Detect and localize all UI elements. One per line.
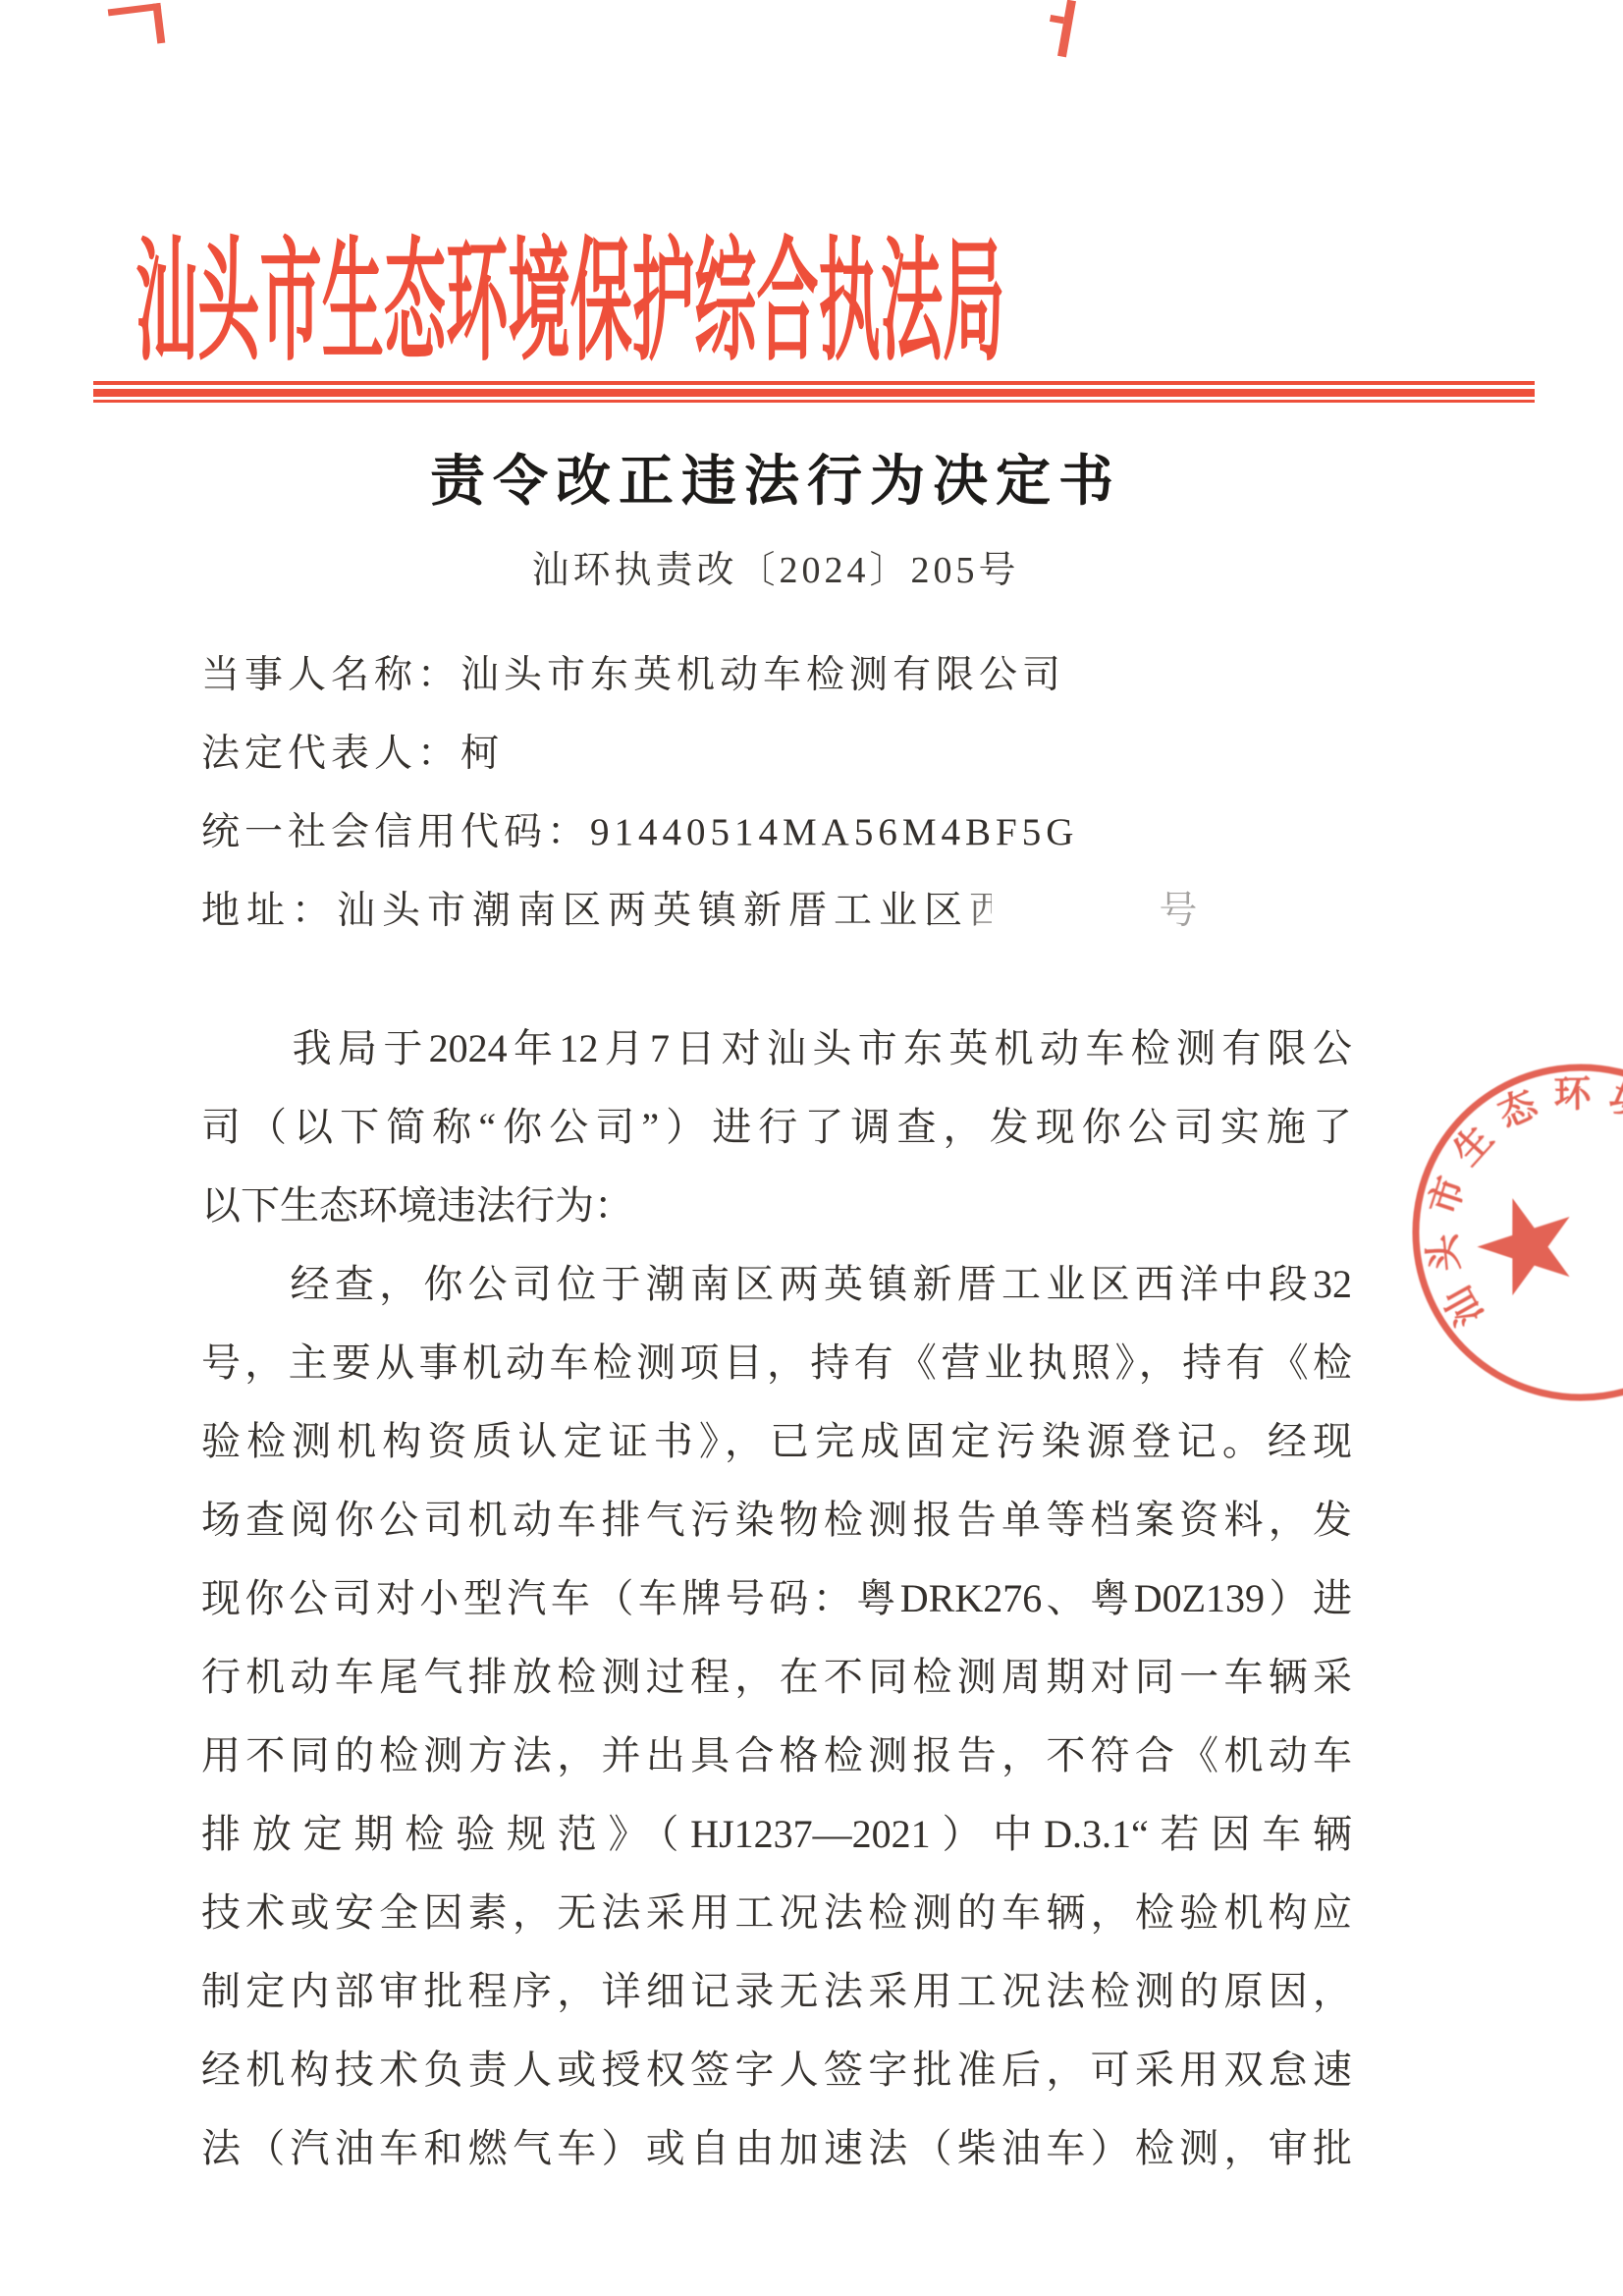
body-line: 验检测机构资质认定证书》，已完成固定污染源登记。经现: [201, 1402, 1352, 1481]
address-prefix: 地址：汕头市潮南区两英镇新厝工业区: [201, 890, 969, 932]
body-line: 排放定期检验规范》（HJ1237—2021）中D.3.1“若因车辆: [201, 1795, 1352, 1874]
agency-letterhead: 汕头市生态环境保护综合执法局: [135, 234, 1004, 374]
body-line: 行机动车尾气排放检测过程，在不同检测周期对同一车辆采: [201, 1638, 1352, 1717]
body-line: 经机构技术负责人或授权签字人签字批准后，可采用双怠速: [201, 2031, 1352, 2109]
body-line: 制定内部审批程序，详细记录无法采用工况法检测的原因，: [201, 1952, 1352, 2031]
divider-line-hairline: [93, 400, 1535, 403]
body-line: 现你公司对小型汽车（车牌号码：粤DRK276、粤D0Z139）进: [201, 1559, 1352, 1638]
divider-line-thick: [93, 389, 1535, 397]
party-name-line: 当事人名称：汕头市东英机动车检测有限公司: [201, 636, 1380, 715]
legal-representative-line: 法定代表人：柯: [201, 715, 1380, 793]
body-text: 我局于2024年12月7日对汕头市东英机动车检测有限公司（以下简称“你公司”）进…: [201, 1010, 1352, 2188]
document-title: 责令改正违法行为决定书: [201, 438, 1350, 517]
body-line: 技术或安全因素，无法采用工况法检测的车辆，检验机构应: [201, 1874, 1352, 1952]
seal-star: [1466, 1183, 1587, 1301]
address-partially-erased-char: 西: [969, 872, 992, 951]
body-line: 号，主要从事机动车检测项目，持有《营业执照》，持有《检: [201, 1324, 1352, 1402]
body-line: 以下生态环境违法行为：: [201, 1167, 1352, 1245]
body-line: 我局于2024年12月7日对汕头市东英机动车检测有限公: [201, 1010, 1352, 1088]
document-number: 汕环执责改〔2024〕205号: [201, 539, 1350, 593]
credit-code-line: 统一社会信用代码：91440514MA56M4BF5G: [201, 793, 1380, 872]
body-line: 法（汽油车和燃气车）或自由加速法（柴油车）检测，审批: [201, 2109, 1352, 2188]
body-line: 用不同的检测方法，并出具合格检测报告，不符合《机动车: [201, 1717, 1352, 1795]
official-seal: 汕头市生态环境保护综合执法局: [1394, 1046, 1623, 1439]
divider-line-thin: [93, 381, 1535, 385]
body-line: 经查，你公司位于潮南区两英镇新厝工业区西洋中段32: [201, 1245, 1352, 1324]
party-info-block: 当事人名称：汕头市东英机动车检测有限公司 法定代表人：柯 统一社会信用代码：91…: [201, 636, 1380, 951]
body-line: 司（以下简称“你公司”）进行了调查，发现你公司实施了: [201, 1088, 1352, 1167]
party-address-line: 地址：汕头市潮南区两英镇新厝工业区西号: [201, 872, 1380, 951]
document-page: 汕头市生态环境保护综合执法局 责令改正违法行为决定书 汕环执责改〔2024〕20…: [0, 0, 1623, 2296]
scan-artifact-top-left: [108, 3, 166, 49]
body-line: 场查阅你公司机动车排气污染物检测报告单等档案资料，发: [201, 1481, 1352, 1559]
address-suffix: 号: [1159, 890, 1204, 932]
letterhead-divider: [93, 381, 1535, 403]
scan-artifact-top-right: [1057, 0, 1076, 57]
